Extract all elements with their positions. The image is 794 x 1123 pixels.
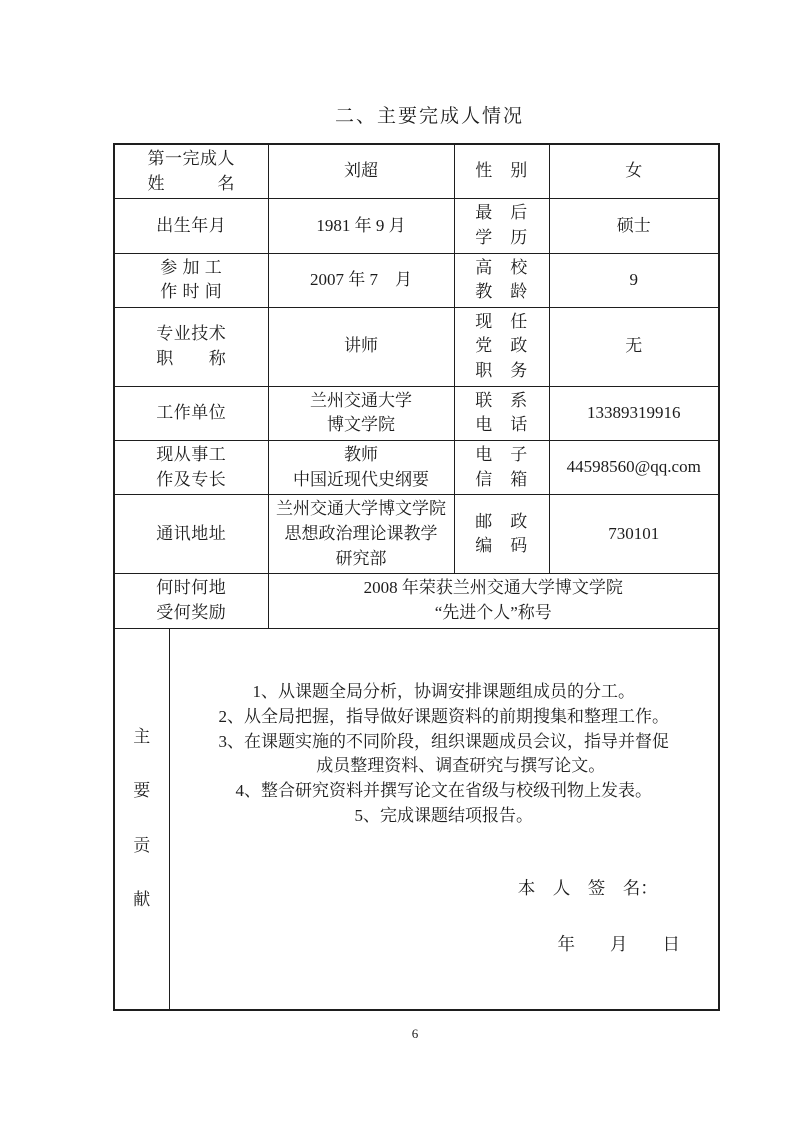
main-contributions-vertical-label: 主要贡献 bbox=[118, 710, 166, 929]
field-value-birthdate: 1981 年 9 月 bbox=[268, 199, 454, 253]
table-row: 第一完成人姓 名 刘超 性 别 女 bbox=[114, 144, 719, 199]
field-label-awards: 何时何地受何奖励 bbox=[114, 574, 268, 628]
page-number: 6 bbox=[18, 1026, 794, 1042]
field-value-name: 刘超 bbox=[268, 144, 454, 199]
field-label-postal-code: 邮 政编 码 bbox=[454, 495, 549, 574]
table-row: 主要贡献 1、从课题全局分析，协调安排课题组成员的分工。2、从全局把握，指导做好… bbox=[114, 628, 719, 1010]
field-label-email: 电 子信 箱 bbox=[454, 441, 549, 495]
field-value-mailing-address: 兰州交通大学博文学院思想政治理论课教学研究部 bbox=[268, 495, 454, 574]
field-label-name: 第一完成人姓 名 bbox=[114, 144, 268, 199]
field-label-gender: 性 别 bbox=[454, 144, 549, 199]
field-label-title: 专业技术职 称 bbox=[114, 307, 268, 386]
field-value-party-position: 无 bbox=[549, 307, 719, 386]
field-label-birthdate: 出生年月 bbox=[114, 199, 268, 253]
table-row: 参 加 工作 时 间 2007 年 7 月 高 校教 龄 9 bbox=[114, 253, 719, 307]
field-label-phone: 联 系电 话 bbox=[454, 386, 549, 440]
field-label-education: 最 后学 历 bbox=[454, 199, 549, 253]
field-value-awards: 2008 年荣获兰州交通大学博文学院“先进个人”称号 bbox=[268, 574, 719, 628]
field-value-employer: 兰州交通大学博文学院 bbox=[268, 386, 454, 440]
field-label-party-position: 现 任党 政职 务 bbox=[454, 307, 549, 386]
field-label-teaching-years: 高 校教 龄 bbox=[454, 253, 549, 307]
contributions-list: 1、从课题全局分析，协调安排课题组成员的分工。2、从全局把握，指导做好课题资料的… bbox=[173, 680, 716, 828]
field-value-work-start: 2007 年 7 月 bbox=[268, 253, 454, 307]
field-label-current-work: 现从事工作及专长 bbox=[114, 441, 268, 495]
field-value-title: 讲师 bbox=[268, 307, 454, 386]
table-row: 通讯地址 兰州交通大学博文学院思想政治理论课教学研究部 邮 政编 码 73010… bbox=[114, 495, 719, 574]
completer-info-table: 第一完成人姓 名 刘超 性 别 女 出生年月 1981 年 9 月 最 后学 历… bbox=[113, 143, 720, 1011]
table-row: 工作单位 兰州交通大学博文学院 联 系电 话 13389319916 bbox=[114, 386, 719, 440]
table-row: 专业技术职 称 讲师 现 任党 政职 务 无 bbox=[114, 307, 719, 386]
table-row: 何时何地受何奖励 2008 年荣获兰州交通大学博文学院“先进个人”称号 bbox=[114, 574, 719, 628]
field-value-teaching-years: 9 bbox=[549, 253, 719, 307]
field-value-education: 硕士 bbox=[549, 199, 719, 253]
field-label-mailing-address: 通讯地址 bbox=[114, 495, 268, 574]
signature-label: 本 人 签 名： bbox=[461, 876, 716, 901]
date-line: 年 月 日 bbox=[523, 932, 716, 957]
document-page: 二、主要完成人情况 第一完成人姓 名 刘超 性 别 女 出生年月 1981 年 … bbox=[0, 0, 794, 1123]
section-title: 二、主要完成人情况 bbox=[127, 101, 732, 128]
field-value-main-contributions: 1、从课题全局分析，协调安排课题组成员的分工。2、从全局把握，指导做好课题资料的… bbox=[169, 628, 719, 1010]
field-value-gender: 女 bbox=[549, 144, 719, 199]
field-label-employer: 工作单位 bbox=[114, 386, 268, 440]
field-value-phone: 13389319916 bbox=[549, 386, 719, 440]
field-value-email: 44598560@qq.com bbox=[549, 441, 719, 495]
field-value-current-work: 教师中国近现代史纲要 bbox=[268, 441, 454, 495]
table-row: 现从事工作及专长 教师中国近现代史纲要 电 子信 箱 44598560@qq.c… bbox=[114, 441, 719, 495]
table-row: 出生年月 1981 年 9 月 最 后学 历 硕士 bbox=[114, 199, 719, 253]
field-label-main-contributions: 主要贡献 bbox=[114, 628, 169, 1010]
field-value-postal-code: 730101 bbox=[549, 495, 719, 574]
field-label-work-start: 参 加 工作 时 间 bbox=[114, 253, 268, 307]
